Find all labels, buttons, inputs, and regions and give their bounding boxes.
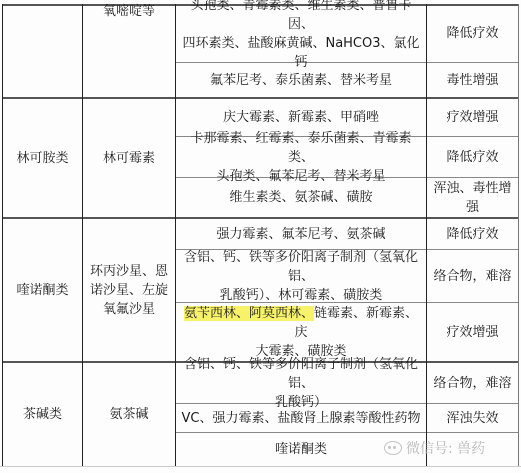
interacting-line: 含铝、钙、铁等多价阳离子制剂（氢氧化铝、 [180, 355, 422, 393]
interacting-line: 卡那霉素、红霉素、泰乐菌素、青霉素类、 [180, 129, 422, 167]
effect-cell: 毒性增强 [427, 63, 518, 97]
drug-cell: 环丙沙星、恩 诺沙星、左旋 氧氟沙星 [83, 219, 175, 361]
drug-interaction-table: 氧嘧啶等 头孢类、青霉素类、维生素类、普鲁卡因、 四环素类、盐酸麻黄碱、NaHC… [0, 0, 521, 473]
col-divider [518, 4, 519, 466]
effect-text: 络合物，难溶 [433, 374, 511, 393]
interacting-text: 强力霉素、氟苯尼考、氨茶碱 [216, 225, 385, 244]
interacting-cell: 头孢类、青霉素类、维生素类、普鲁卡因、 四环素类、盐酸麻黄碱、NaHCO3、氯化… [176, 5, 426, 62]
class-cell: 喹诺酮类 [3, 219, 82, 361]
drug-name: 林可霉素 [103, 149, 155, 168]
effect-text: 降低疗效 [446, 148, 498, 167]
interacting-line: 乳酸钙）、林可霉素、磺胺类 [220, 286, 383, 305]
wechat-icon [384, 441, 402, 455]
interacting-cell: 含铝、钙、铁等多价阳离子制剂（氢氧化铝、 乳酸钙）、林可霉素、磺胺类 [176, 250, 426, 302]
effect-cell: 降低疗效 [427, 219, 518, 249]
effect-cell: 浑浊、毒性增 强 [427, 178, 518, 217]
drug-cell: 林可霉素 [83, 99, 175, 217]
effect-text: 浑浊失效 [446, 409, 498, 428]
effect-cell: 降低疗效 [427, 137, 518, 177]
interacting-line: 头孢类、青霉素类、维生素类、普鲁卡因、 [180, 0, 422, 34]
interacting-text: 喹诺酮类 [275, 440, 327, 459]
effect-text: 降低疗效 [446, 225, 498, 244]
effect-cell: 疗效增强 [427, 303, 518, 361]
drug-name: 氨茶碱 [109, 405, 148, 424]
interacting-text: 维生素类、氨茶碱、磺胺 [229, 188, 372, 207]
effect-text: 降低疗效 [446, 24, 498, 43]
interacting-cell: 维生素类、氨茶碱、磺胺 [176, 178, 426, 217]
interacting-cell: 强力霉素、氟苯尼考、氨茶碱 [176, 219, 426, 249]
effect-text: 毒性增强 [446, 71, 498, 90]
drug-cell: 氧嘧啶等 [83, 0, 175, 97]
class-name: 林可胺类 [16, 149, 68, 168]
interacting-line: 含铝、钙、铁等多价阳离子制剂（氢氧化铝、 [180, 248, 422, 286]
effect-line: 浑浊、毒性增 [433, 179, 511, 198]
interacting-cell: 氟苯尼考、泰乐菌素、替米考星 [176, 63, 426, 97]
watermark-text: 微信号: 兽药 [406, 438, 485, 458]
interacting-text: 庆大霉素、新霉素、甲硝唑 [223, 108, 379, 127]
drug-cell: 氨茶碱 [83, 363, 175, 466]
class-name: 茶碱类 [23, 405, 62, 424]
class-cell: 林可胺类 [3, 99, 82, 217]
drug-line: 环丙沙星、恩 [90, 262, 168, 281]
interacting-text: VC、强力霉素、盐酸肾上腺素等酸性药物 [182, 409, 421, 428]
watermark: 微信号: 兽药 [384, 438, 485, 458]
effect-text: 疗效增强 [446, 323, 498, 342]
drug-name: 氧嘧啶等 [103, 2, 155, 21]
effect-cell: 疗效增强 [427, 99, 518, 136]
interacting-cell: VC、强力霉素、盐酸肾上腺素等酸性药物 [176, 404, 426, 432]
effect-text: 疗效增强 [446, 108, 498, 127]
effect-cell: 降低疗效 [427, 5, 518, 62]
highlighted-text: 氨苄西林、阿莫西林、 [184, 306, 314, 321]
effect-cell: 络合物，难溶 [427, 250, 518, 302]
effect-text: 络合物，难溶 [433, 267, 511, 286]
interacting-cell: 含铝、钙、铁等多价阳离子制剂（氢氧化铝、 乳酸钙） [176, 363, 426, 403]
drug-line: 氧氟沙星 [103, 300, 155, 319]
class-name: 喹诺酮类 [16, 281, 68, 300]
class-cell: 茶碱类 [3, 363, 82, 466]
interacting-line: 氨苄西林、阿莫西林、链霉素、新霉素、庆 [180, 304, 422, 342]
interacting-cell: 卡那霉素、红霉素、泰乐菌素、青霉素类、 头孢类、氟苯尼考、替米考星 [176, 137, 426, 177]
bottom-edge [0, 466, 521, 467]
drug-line: 诺沙星、左旋 [90, 281, 168, 300]
interacting-cell: 氨苄西林、阿莫西林、链霉素、新霉素、庆 大霉素、磺胺类 [176, 303, 426, 361]
effect-cell: 浑浊失效 [427, 404, 518, 432]
effect-line: 强 [466, 198, 479, 217]
effect-cell: 络合物，难溶 [427, 363, 518, 403]
interacting-text: 氟苯尼考、泰乐菌素、替米考星 [210, 71, 392, 90]
